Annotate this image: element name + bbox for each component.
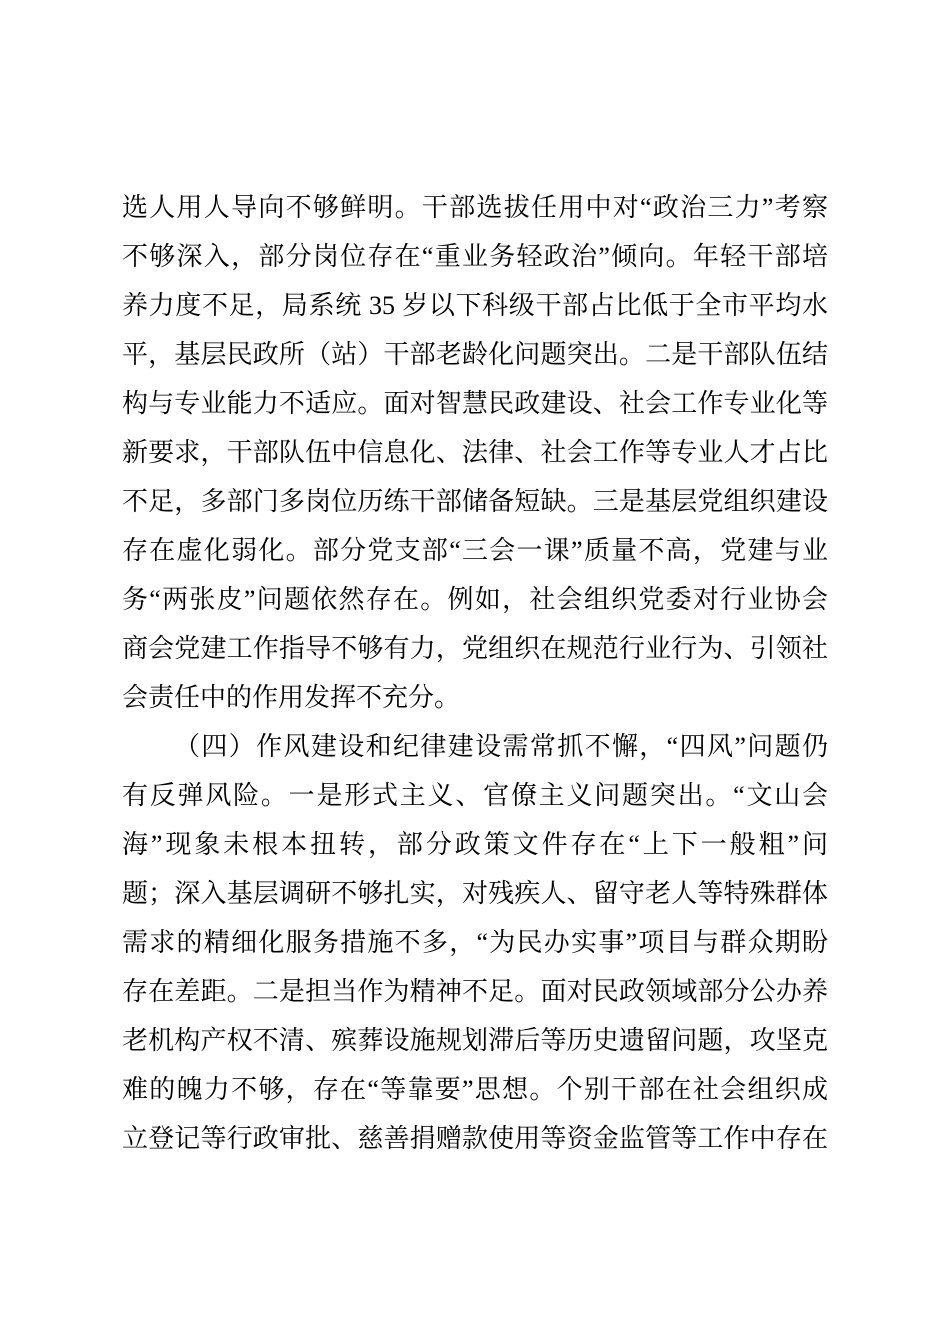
paragraph: （四）作风建设和纪律建设需常抓不懈，“四风”问题仍有反弹风险。一是形式主义、官僚… — [122, 722, 828, 1163]
text-line: 新要求，干部队伍中信息化、法律、社会工作等专业人才占比 — [122, 428, 828, 477]
text-line: 有反弹风险。一是形式主义、官僚主义问题突出。“文山会 — [122, 771, 828, 820]
text-line: 商会党建工作指导不够有力，党组织在规范行业行为、引领社 — [122, 624, 828, 673]
text-line: 存在虚化弱化。部分党支部“三会一课”质量不高，党建与业 — [122, 526, 828, 575]
text-line: 老机构产权不清、殡葬设施规划滞后等历史遗留问题，攻坚克 — [122, 1016, 828, 1065]
text-line: 难的魄力不够，存在“等靠要”思想。个别干部在社会组织成 — [122, 1065, 828, 1114]
paragraph: 选人用人导向不够鲜明。干部选拔任用中对“政治三力”考察不够深入，部分岗位存在“重… — [122, 183, 828, 722]
text-line: 养力度不足，局系统 35 岁以下科级干部占比低于全市平均水 — [122, 281, 828, 330]
text-line: 海”现象未根本扭转，部分政策文件存在“上下一般粗”问 — [122, 820, 828, 869]
text-line: （四）作风建设和纪律建设需常抓不懈，“四风”问题仍 — [122, 722, 828, 771]
text-line: 题；深入基层调研不够扎实，对残疾人、留守老人等特殊群体 — [122, 869, 828, 918]
text-line: 会责任中的作用发挥不充分。 — [122, 673, 828, 722]
text-line: 需求的精细化服务措施不多，“为民办实事”项目与群众期盼 — [122, 918, 828, 967]
text-line: 平，基层民政所（站）干部老龄化问题突出。二是干部队伍结 — [122, 330, 828, 379]
text-line: 构与专业能力不适应。面对智慧民政建设、社会工作专业化等 — [122, 379, 828, 428]
document-page: 选人用人导向不够鲜明。干部选拔任用中对“政治三力”考察不够深入，部分岗位存在“重… — [0, 0, 950, 1344]
text-line: 务“两张皮”问题依然存在。例如，社会组织党委对行业协会 — [122, 575, 828, 624]
text-line: 选人用人导向不够鲜明。干部选拔任用中对“政治三力”考察 — [122, 183, 828, 232]
document-text-body: 选人用人导向不够鲜明。干部选拔任用中对“政治三力”考察不够深入，部分岗位存在“重… — [122, 183, 828, 1163]
text-line: 立登记等行政审批、慈善捐赠款使用等资金监管等工作中存在 — [122, 1114, 828, 1163]
text-line: 存在差距。二是担当作为精神不足。面对民政领域部分公办养 — [122, 967, 828, 1016]
text-line: 不够深入，部分岗位存在“重业务轻政治”倾向。年轻干部培 — [122, 232, 828, 281]
text-line: 不足，多部门多岗位历练干部储备短缺。三是基层党组织建设 — [122, 477, 828, 526]
